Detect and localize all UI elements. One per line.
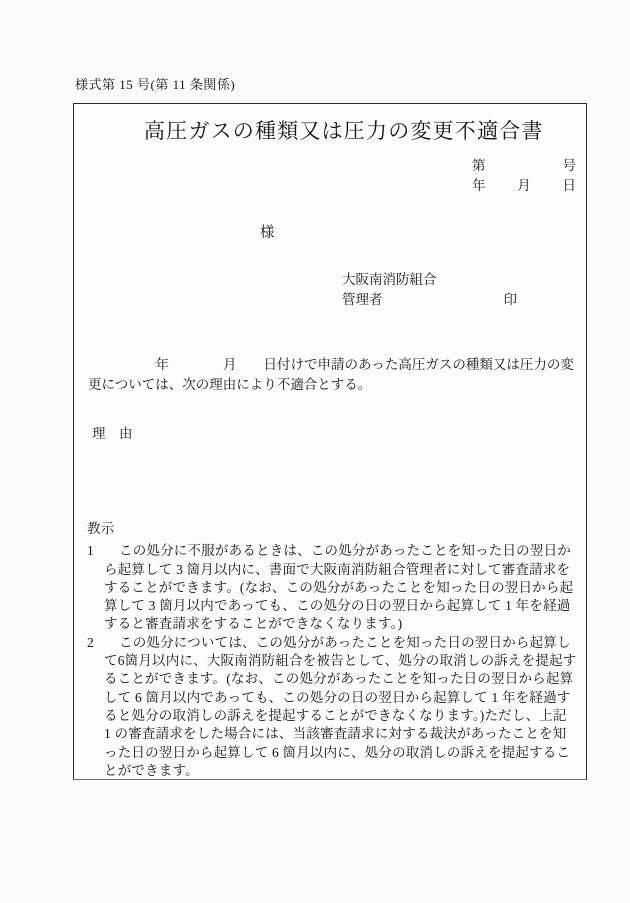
reason-label: 理 由 <box>92 422 133 442</box>
instruction-item-1-number: 1 <box>87 542 119 560</box>
document-number-line: 第号 <box>472 156 576 176</box>
instruction-item-2-text: この処分については、この処分があったことを知った日の翌日から起算し て6箇月以内… <box>104 635 576 778</box>
number-date-block: 第号 年月日 <box>472 156 576 196</box>
date-year-label: 年 <box>472 176 486 196</box>
instruction-item-2-number: 2 <box>87 634 119 652</box>
instructions-section: 教示 1この処分に不服があるときは、この処分があったことを知った日の翌日か ら起… <box>87 520 585 780</box>
date-month-label: 月 <box>517 176 531 196</box>
instructions-heading: 教示 <box>87 520 585 538</box>
instruction-item-1: 1この処分に不服があるときは、この処分があったことを知った日の翌日か ら起算して… <box>87 542 585 633</box>
instruction-item-2: 2この処分については、この処分があったことを知った日の翌日から起算し て6箇月以… <box>87 634 585 780</box>
sender-title: 管理者 <box>342 290 383 310</box>
doc-number-suffix: 号 <box>563 156 577 176</box>
doc-number-prefix: 第 <box>472 156 486 176</box>
sender-title-line: 管理者印 <box>342 290 517 310</box>
date-day-label: 日 <box>563 176 577 196</box>
sender-block: 大阪南消防組合 管理者印 <box>342 270 517 310</box>
document-title: 高圧ガスの種類又は圧力の変更不適合書 <box>144 115 544 145</box>
document-frame: 高圧ガスの種類又は圧力の変更不適合書 第号 年月日 様 大阪南消防組合 管理者印… <box>73 103 587 780</box>
addressee-honorific: 様 <box>260 221 275 242</box>
body-paragraph: 年 月 日付けで申請のあった高圧ガスの種類又は圧力の変 更については、次の理由に… <box>88 355 582 394</box>
date-line: 年月日 <box>472 176 576 196</box>
instruction-item-1-text: この処分に不服があるときは、この処分があったことを知った日の翌日か ら起算して … <box>104 543 573 631</box>
sender-organization: 大阪南消防組合 <box>342 270 517 290</box>
form-number-label: 様式第 15 号(第 11 条関係) <box>75 74 235 93</box>
seal-mark: 印 <box>504 290 518 310</box>
document-page: 様式第 15 号(第 11 条関係) 高圧ガスの種類又は圧力の変更不適合書 第号… <box>0 0 630 903</box>
